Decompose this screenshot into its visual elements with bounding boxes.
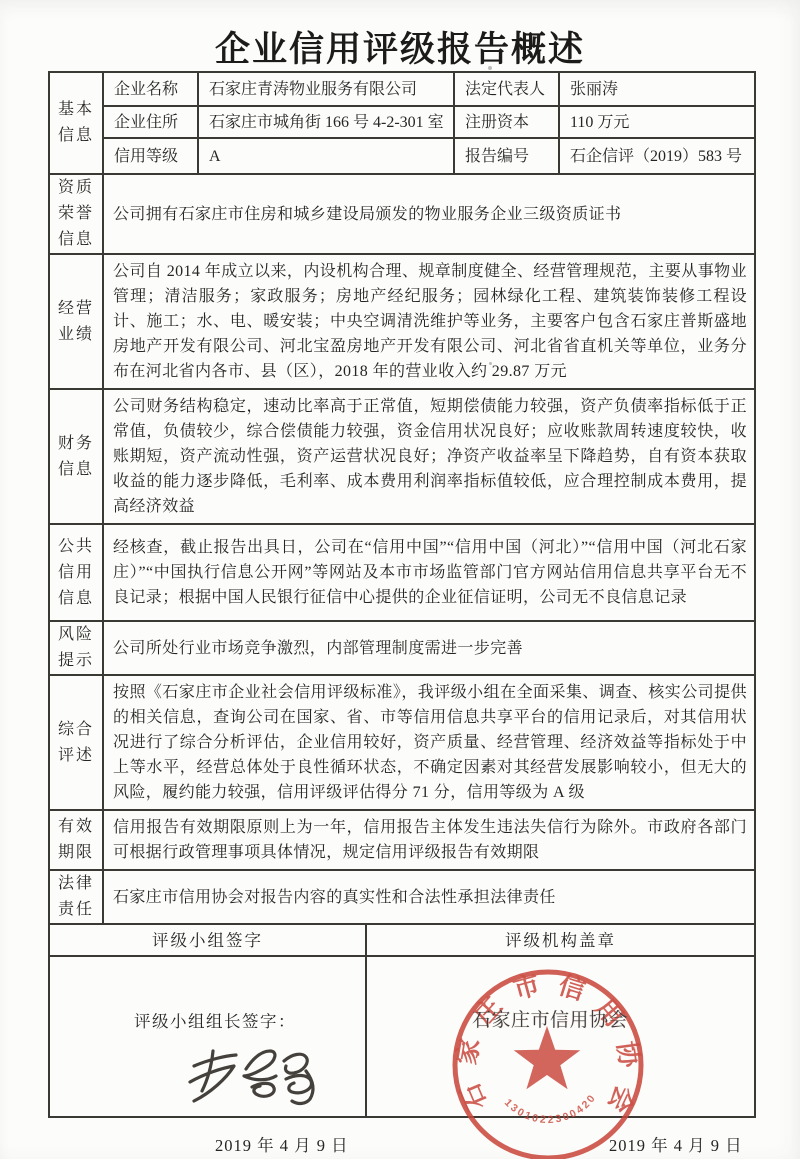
section-label: 经营业绩: [50, 255, 104, 388]
handwritten-signature: [188, 1041, 323, 1113]
section-label-basic-info: 基本信息: [50, 73, 104, 173]
section-label: 有效期限: [50, 811, 104, 869]
basic-info-row: 信用等级 A 报告编号 石企信评（2019）583 号: [104, 137, 754, 173]
signature-cell: 评级小组组长签字： 2019 年 4 月 9 日: [50, 957, 367, 1116]
field-label-report-number: 报告编号: [455, 139, 560, 173]
section-business-performance: 经营业绩 公司自 2014 年成立以来，内设机构合理、规章制度健全、经营管理规范…: [50, 253, 754, 388]
section-label: 法律责任: [50, 871, 104, 923]
official-seal: 石家庄市信用协会 1301022300420: [448, 965, 648, 1159]
section-text: 公司拥有石家庄市住房和城乡建设局颁发的物业服务企业三级资质证书: [113, 202, 747, 227]
section-public-credit-info: 公共信用信息 经核查，截止报告出具日，公司在“信用中国”“信用中国（河北）”“信…: [50, 523, 754, 620]
rating-team-signature-header: 评级小组签字: [50, 925, 367, 955]
section-legal-liability: 法律责任 石家庄市信用协会对报告内容的真实性和合法性承担法律责任: [50, 869, 754, 923]
section-comprehensive-review: 综合评述 按照《石家庄市企业社会信用评级标准》，我评级小组在全面采集、调查、核实…: [50, 674, 754, 809]
field-value-company-address: 石家庄市城角街 166 号 4-2-301 室: [199, 107, 455, 137]
page-title: 企业信用评级报告概述: [0, 22, 800, 72]
field-value-report-number: 石企信评（2019）583 号: [560, 139, 754, 173]
section-risk-warning: 风险提示 公司所处行业市场竞争激烈，内部管理制度需进一步完善: [50, 620, 754, 674]
field-label-legal-representative: 法定代表人: [455, 73, 560, 105]
signoff-area-row: 评级小组组长签字： 2019 年 4 月 9 日: [50, 955, 754, 1116]
basic-info-section: 基本信息 企业名称 石家庄青涛物业服务有限公司 法定代表人 张丽涛 企业住所 石…: [50, 73, 754, 173]
section-text: 经核查，截止报告出具日，公司在“信用中国”“信用中国（河北）”“信用中国（河北石…: [113, 535, 747, 610]
leader-signature-label: 评级小组组长签字：: [134, 1009, 296, 1034]
section-label: 财务信息: [50, 390, 104, 523]
section-validity-period: 有效期限 信用报告有效期限原则上为一年，信用报告主体发生违法失信行为除外。市政府…: [50, 809, 754, 869]
svg-text:1301022300420: 1301022300420: [502, 1092, 599, 1126]
signoff-header-row: 评级小组签字 评级机构盖章: [50, 923, 754, 955]
field-value-company-name: 石家庄青涛物业服务有限公司: [199, 73, 455, 105]
basic-info-row: 企业住所 石家庄市城角街 166 号 4-2-301 室 注册资本 110 万元: [104, 105, 754, 137]
section-label: 综合评述: [50, 676, 104, 809]
field-label-company-address: 企业住所: [104, 107, 199, 137]
field-value-legal-representative: 张丽涛: [560, 73, 754, 105]
field-label-registered-capital: 注册资本: [455, 107, 560, 137]
section-text: 公司财务结构稳定，速动比率高于正常值，短期偿债能力较强，资产负债率指标低于正常值…: [113, 394, 747, 519]
seal-org-name-text: 石家庄市信用协会: [472, 1008, 628, 1033]
document-page: 企业信用评级报告概述 基本信息 企业名称 石家庄青涛物业服务有限公司 法定代表人…: [0, 0, 800, 1159]
section-text: 信用报告有效期限原则上为一年，信用报告主体发生违法失信行为除外。市政府各部门可根…: [113, 815, 747, 865]
section-financial-info: 财务信息 公司财务结构稳定，速动比率高于正常值，短期偿债能力较强，资产负债率指标…: [50, 388, 754, 523]
section-text: 公司所处行业市场竞争激烈，内部管理制度需进一步完善: [113, 636, 747, 661]
field-value-credit-grade: A: [199, 139, 455, 173]
section-text: 石家庄市信用协会对报告内容的真实性和合法性承担法律责任: [113, 885, 747, 910]
scan-speck: [488, 66, 492, 70]
star-icon: [514, 1026, 581, 1089]
field-label-credit-grade: 信用等级: [104, 139, 199, 173]
section-text: 按照《石家庄市企业社会信用评级标准》，我评级小组在全面采集、调查、核实公司提供的…: [113, 680, 747, 805]
section-label: 资质荣誉信息: [50, 175, 104, 253]
seal-cell: 石家庄市信用协会 1301022300420 石家庄市信用协会 2019 年 4…: [367, 957, 754, 1116]
rating-agency-seal-header: 评级机构盖章: [367, 925, 754, 955]
field-value-registered-capital: 110 万元: [560, 107, 754, 137]
section-label: 公共信用信息: [50, 525, 104, 620]
report-table: 基本信息 企业名称 石家庄青涛物业服务有限公司 法定代表人 张丽涛 企业住所 石…: [48, 71, 756, 1118]
basic-info-row: 企业名称 石家庄青涛物业服务有限公司 法定代表人 张丽涛: [104, 73, 754, 105]
seal-serial-number: 1301022300420: [502, 1092, 599, 1126]
section-text: 公司自 2014 年成立以来，内设机构合理、规章制度健全、经营管理规范，主要从事…: [113, 259, 747, 384]
seal-date: 2019 年 4 月 9 日: [609, 1133, 743, 1158]
section-label: 风险提示: [50, 622, 104, 674]
field-label-company-name: 企业名称: [104, 73, 199, 105]
signature-date: 2019 年 4 月 9 日: [215, 1133, 349, 1158]
section-qualification-honor: 资质荣誉信息 公司拥有石家庄市住房和城乡建设局颁发的物业服务企业三级资质证书: [50, 173, 754, 253]
